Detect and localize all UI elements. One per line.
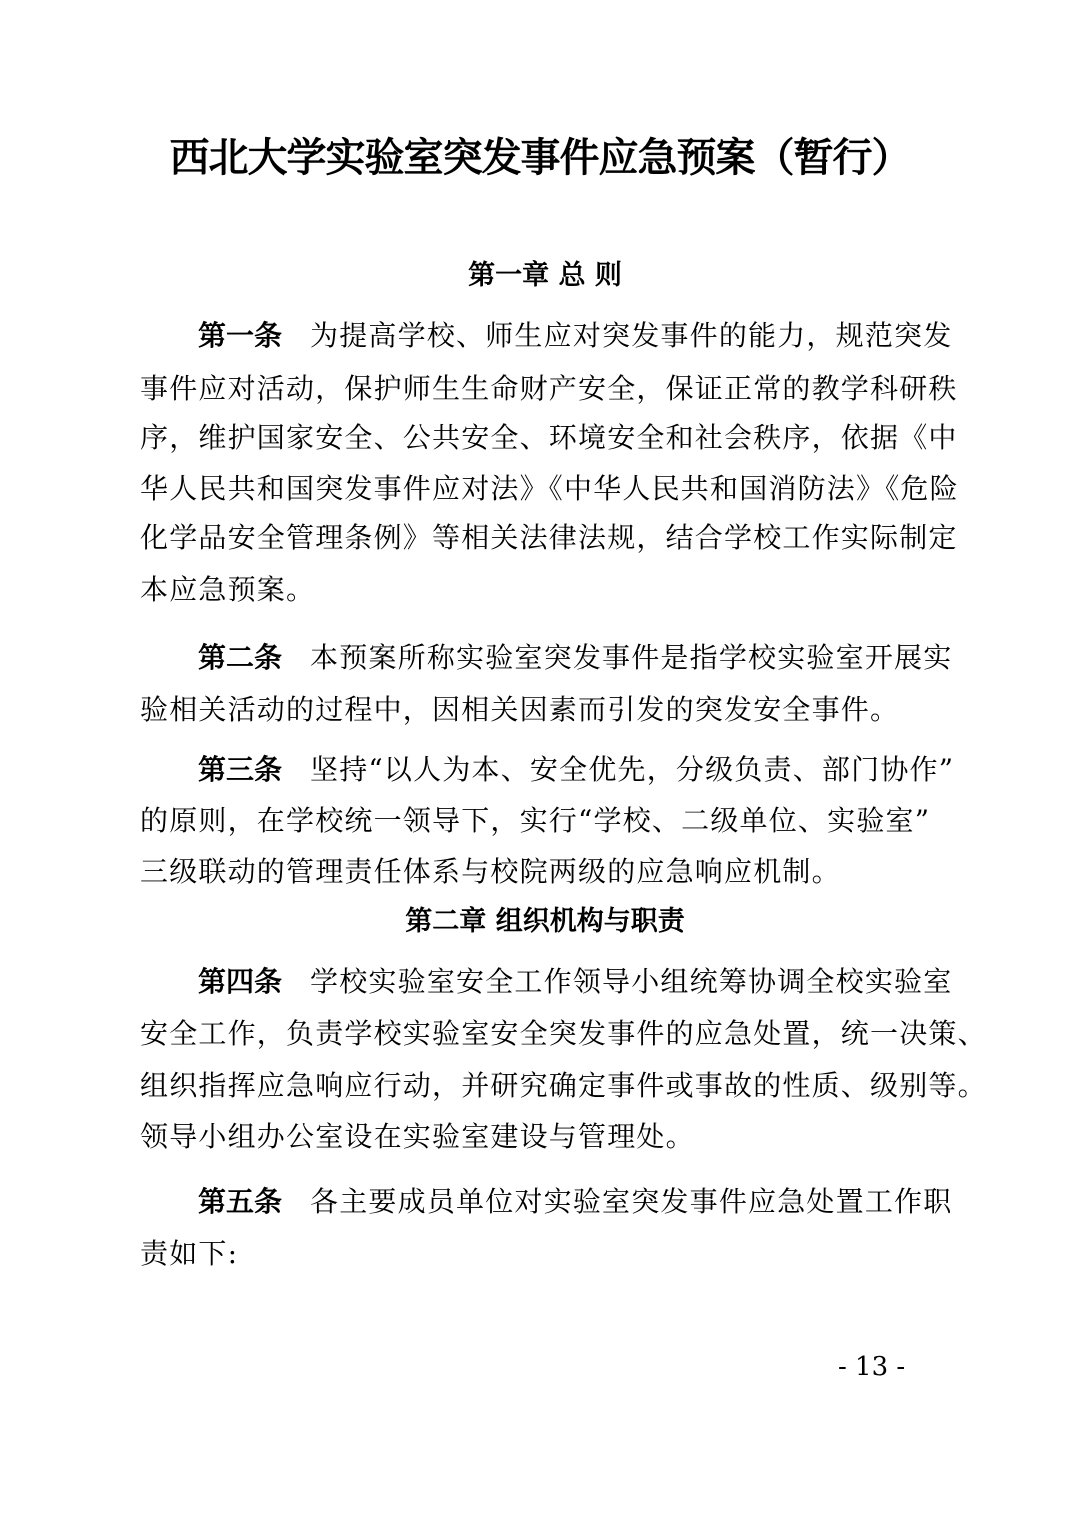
article-text: 学校实验室安全工作领导小组统筹协调全校实验室 xyxy=(310,965,952,998)
article-text: 为提高学校、师生应对突发事件的能力，规范突发 xyxy=(310,319,952,352)
article-label: 第四条 xyxy=(198,965,282,998)
article-label: 第一条 xyxy=(198,319,282,352)
chapter-heading-2: 第二章 组织机构与职责 xyxy=(0,902,1080,942)
article-4-line-1: 第四条学校实验室安全工作领导小组统筹协调全校实验室 xyxy=(198,962,1013,1002)
article-label: 第二条 xyxy=(198,641,282,674)
article-5-line-2: 责如下: xyxy=(140,1234,955,1274)
document-title: 西北大学实验室突发事件应急预案（暂行） xyxy=(0,128,1080,188)
article-label: 第三条 xyxy=(198,753,282,786)
document-page: 西北大学实验室突发事件应急预案（暂行） 第一章 总 则 第一条为提高学校、师生应… xyxy=(0,0,1080,1528)
article-text: 本预案所称实验室突发事件是指学校实验室开展实 xyxy=(310,641,952,674)
article-1-line-1: 第一条为提高学校、师生应对突发事件的能力，规范突发 xyxy=(198,316,1013,356)
article-1-line-5: 化学品安全管理条例》等相关法律法规，结合学校工作实际制定 xyxy=(140,518,955,558)
page-number: - 13 - xyxy=(838,1352,905,1382)
article-1-line-6: 本应急预案。 xyxy=(140,570,955,610)
article-1-line-4: 华人民共和国突发事件应对法》《中华人民共和国消防法》《危险 xyxy=(140,469,955,509)
article-text: 坚持“以人为本、安全优先，分级负责、部门协作” xyxy=(310,753,954,786)
article-5-line-1: 第五条各主要成员单位对实验室突发事件应急处置工作职 xyxy=(198,1182,1013,1222)
article-3-line-3: 三级联动的管理责任体系与校院两级的应急响应机制。 xyxy=(140,852,955,892)
chapter-heading-1: 第一章 总 则 xyxy=(0,256,1080,296)
article-2-line-2: 验相关活动的过程中，因相关因素而引发的突发安全事件。 xyxy=(140,690,955,730)
article-2-line-1: 第二条本预案所称实验室突发事件是指学校实验室开展实 xyxy=(198,638,1013,678)
article-3-line-1: 第三条坚持“以人为本、安全优先，分级负责、部门协作” xyxy=(198,750,1013,790)
article-1-line-3: 序，维护国家安全、公共安全、环境安全和社会秩序，依据《中 xyxy=(140,418,955,458)
article-label: 第五条 xyxy=(198,1185,282,1218)
article-1-line-2: 事件应对活动，保护师生生命财产安全，保证正常的教学科研秩 xyxy=(140,369,955,409)
article-4-line-2: 安全工作，负责学校实验室安全突发事件的应急处置，统一决策、 xyxy=(140,1014,955,1054)
article-4-line-3: 组织指挥应急响应行动，并研究确定事件或事故的性质、级别等。 xyxy=(140,1066,955,1106)
article-3-line-2: 的原则，在学校统一领导下，实行“学校、二级单位、实验室” xyxy=(140,801,955,841)
article-4-line-4: 领导小组办公室设在实验室建设与管理处。 xyxy=(140,1117,955,1157)
article-text: 各主要成员单位对实验室突发事件应急处置工作职 xyxy=(310,1185,952,1218)
